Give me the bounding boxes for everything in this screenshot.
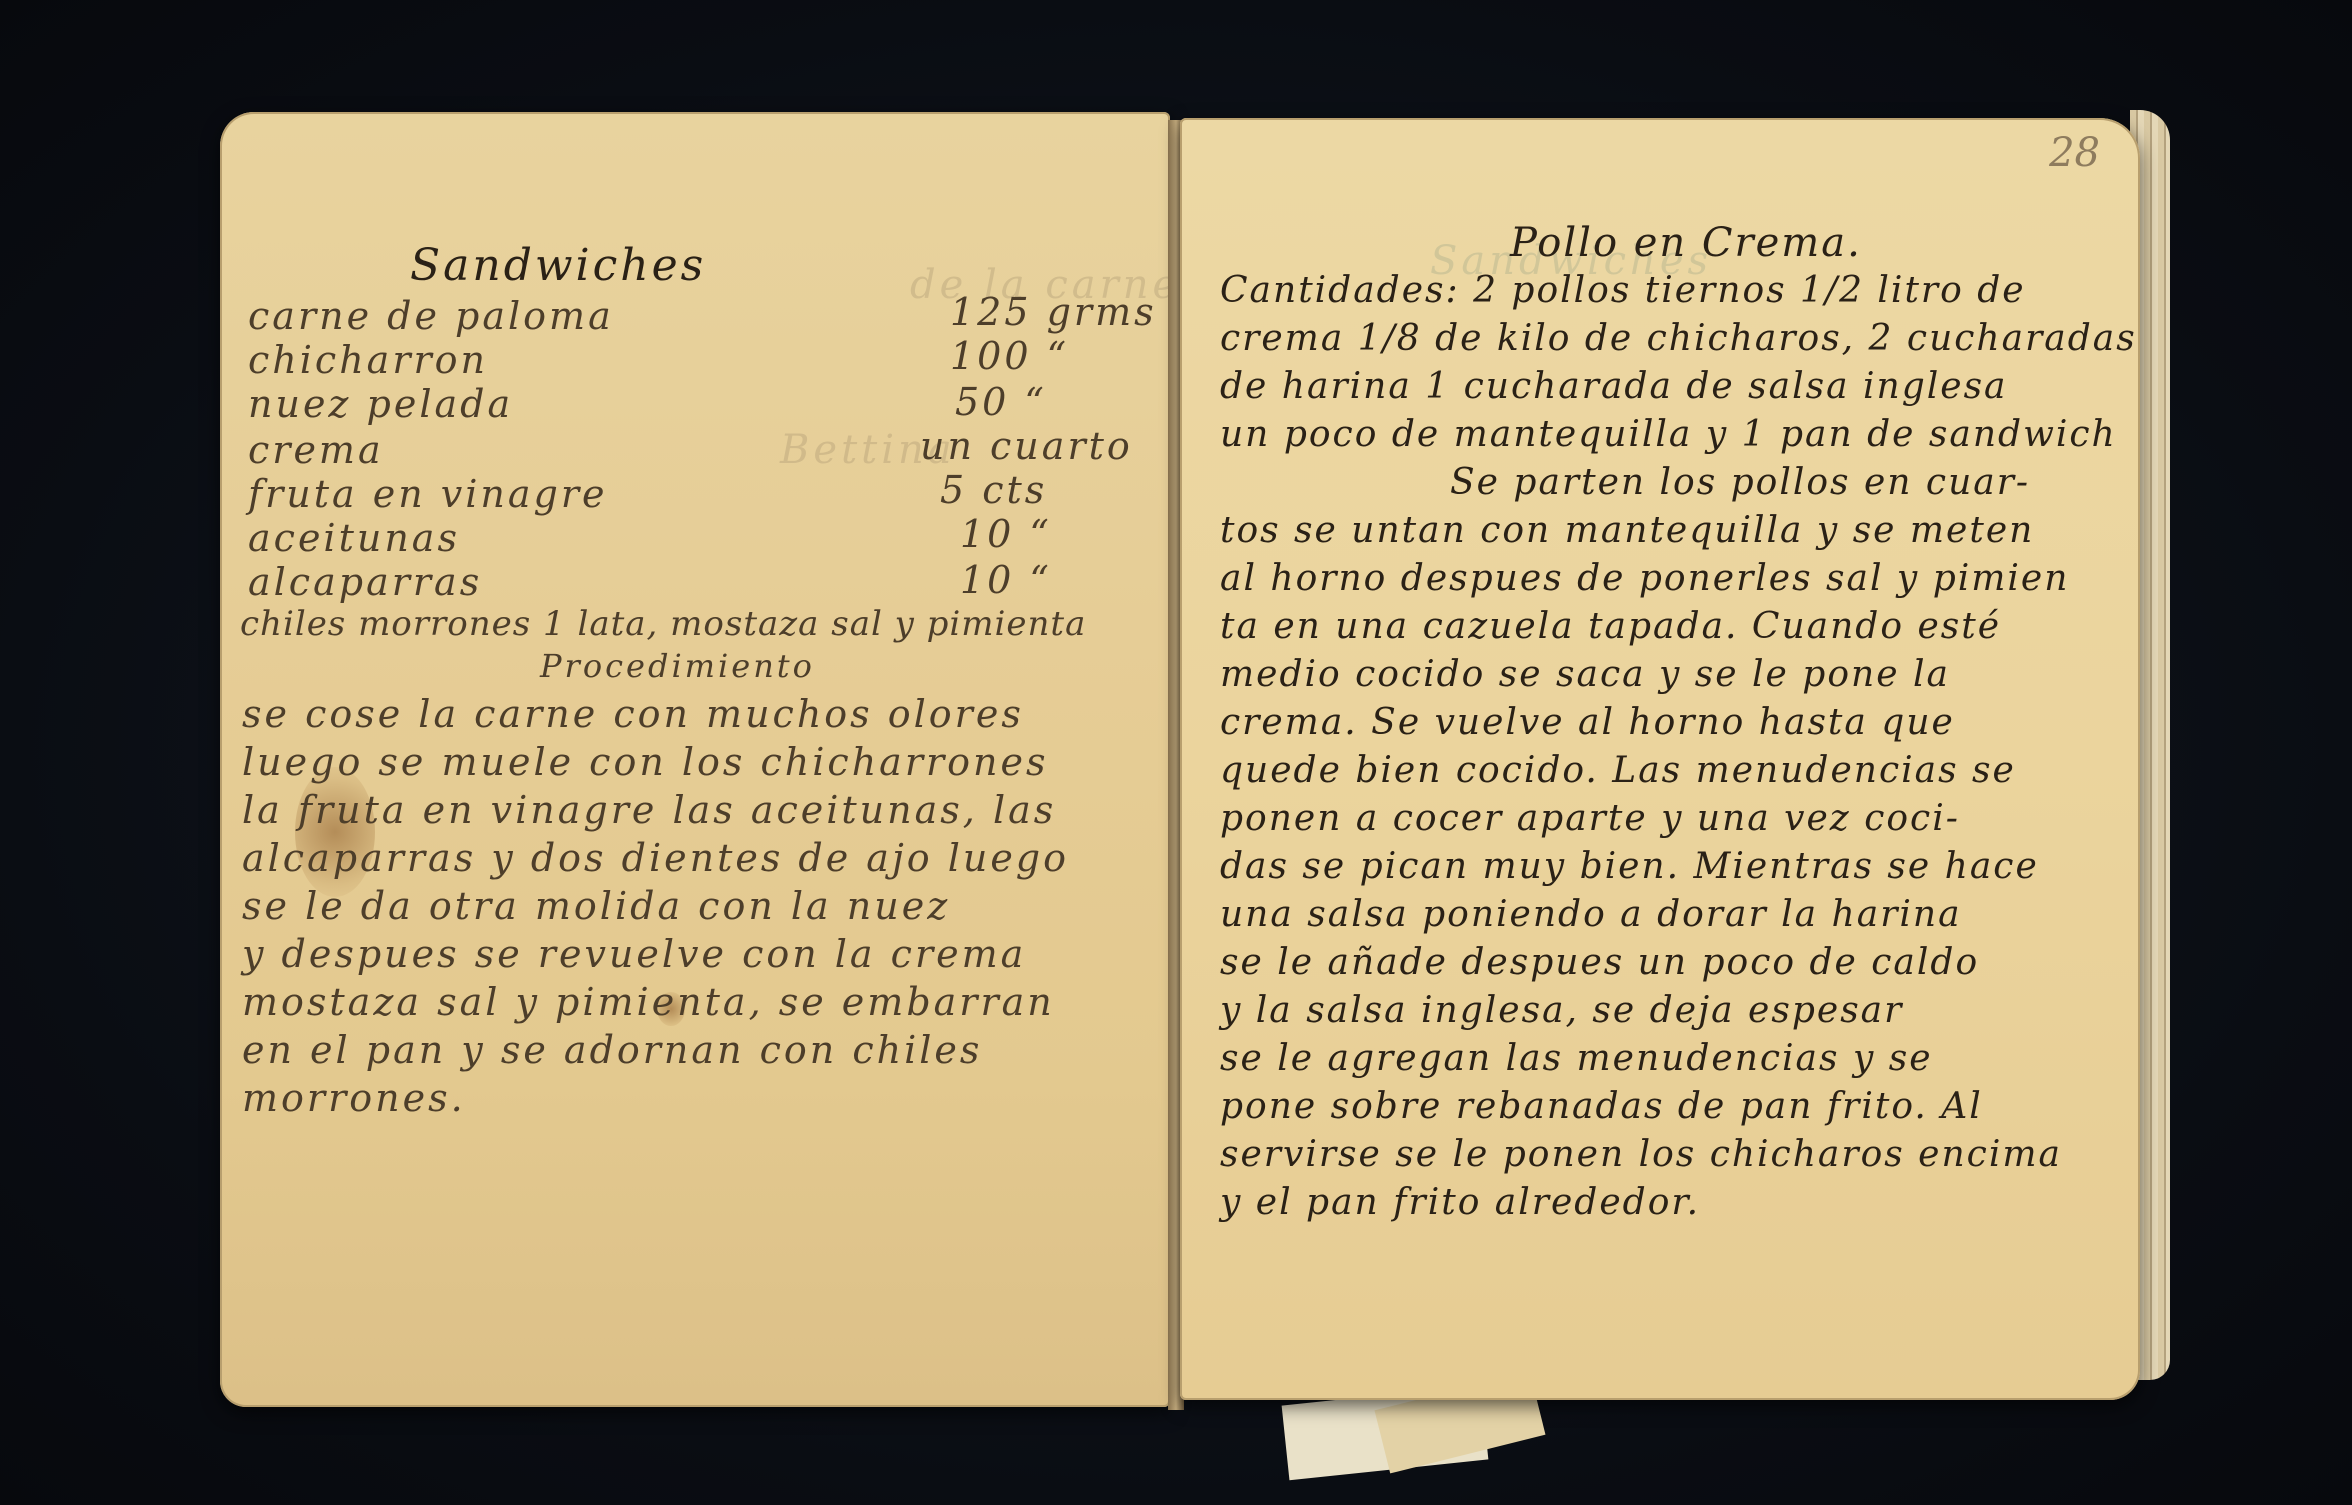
- ingredient-item: crema: [248, 428, 384, 472]
- recipe-line: pone sobre rebanadas de pan frito. Al: [1220, 1086, 1983, 1127]
- recipe-line: servirse se le ponen los chicharos encim…: [1220, 1134, 2062, 1175]
- recipe-line: y el pan frito alrededor.: [1220, 1182, 1700, 1223]
- recipe-line: das se pican muy bien. Mientras se hace: [1220, 846, 2039, 887]
- ingredient-qty: 5 cts: [940, 468, 1047, 512]
- ingredient-item: carne de paloma: [248, 294, 614, 338]
- recipe-line: crema 1/8 de kilo de chicharos, 2 cuchar…: [1220, 318, 2137, 359]
- ingredient-item: aceitunas: [248, 516, 460, 560]
- procedure-line: alcaparras y dos dientes de ajo luego: [242, 836, 1069, 880]
- left-page: de la carne en Bettina Sandwiches carne …: [220, 112, 1170, 1407]
- recipe-line: ponen a cocer aparte y una vez coci-: [1220, 798, 1960, 839]
- procedure-line: en el pan y se adornan con chiles: [242, 1028, 982, 1072]
- ingredient-item: chicharron: [248, 338, 488, 382]
- procedure-line: se le da otra molida con la nuez: [242, 884, 950, 928]
- procedure-heading: Procedimiento: [540, 647, 815, 685]
- ingredient-item: fruta en vinagre: [248, 472, 607, 516]
- recipe-title: Sandwiches: [410, 240, 706, 291]
- recipe-line: crema. Se vuelve al horno hasta que: [1220, 702, 1955, 743]
- ingredient-item: nuez pelada: [248, 382, 513, 426]
- ingredient-qty: 10 “: [960, 558, 1052, 602]
- recipe-line: Se parten los pollos en cuar-: [1450, 462, 2030, 503]
- recipe-line: se le agregan las menudencias y se: [1220, 1038, 1933, 1079]
- ingredient-qty: 125 grms: [950, 290, 1157, 334]
- ingredient-qty: un cuarto: [920, 424, 1133, 468]
- recipe-line: al horno despues de ponerles sal y pimie…: [1220, 558, 2069, 599]
- procedure-line: la fruta en vinagre las aceitunas, las: [242, 788, 1056, 832]
- recipe-line: un poco de mantequilla y 1 pan de sandwi…: [1220, 414, 2117, 455]
- ingredient-qty: 10 “: [960, 512, 1052, 556]
- ingredient-qty: 100 “: [950, 334, 1069, 378]
- procedure-line: morrones.: [242, 1076, 466, 1120]
- extras-line: chiles morrones 1 lata, mostaza sal y pi…: [240, 604, 1086, 644]
- recipe-line: medio cocido se saca y se le pone la: [1220, 654, 1950, 695]
- recipe-line: de harina 1 cucharada de salsa inglesa: [1220, 366, 2008, 407]
- right-page: 28 Sandwiches Pollo en Crema. Cantidades…: [1180, 118, 2140, 1400]
- page-number: 28: [2049, 130, 2100, 176]
- procedure-line: luego se muele con los chicharrones: [242, 740, 1049, 784]
- procedure-line: se cose la carne con muchos olores: [242, 692, 1024, 736]
- procedure-line: mostaza sal y pimienta, se embarran: [242, 980, 1055, 1024]
- recipe-line: una salsa poniendo a dorar la harina: [1220, 894, 1962, 935]
- ingredient-item: alcaparras: [248, 560, 482, 604]
- recipe-line: y la salsa inglesa, se deja espesar: [1220, 990, 1903, 1031]
- recipe-line: se le añade despues un poco de caldo: [1220, 942, 1979, 983]
- recipe-line: ta en una cazuela tapada. Cuando esté: [1220, 606, 2001, 647]
- procedure-line: y despues se revuelve con la crema: [242, 932, 1026, 976]
- ingredient-qty: 50 “: [955, 380, 1047, 424]
- recipe-line: tos se untan con mantequilla y se meten: [1220, 510, 2034, 551]
- recipe-title: Pollo en Crema.: [1510, 220, 1862, 266]
- recipe-line: quede bien cocido. Las menudencias se: [1220, 750, 2016, 791]
- recipe-line: Cantidades: 2 pollos tiernos 1/2 litro d…: [1220, 270, 2026, 311]
